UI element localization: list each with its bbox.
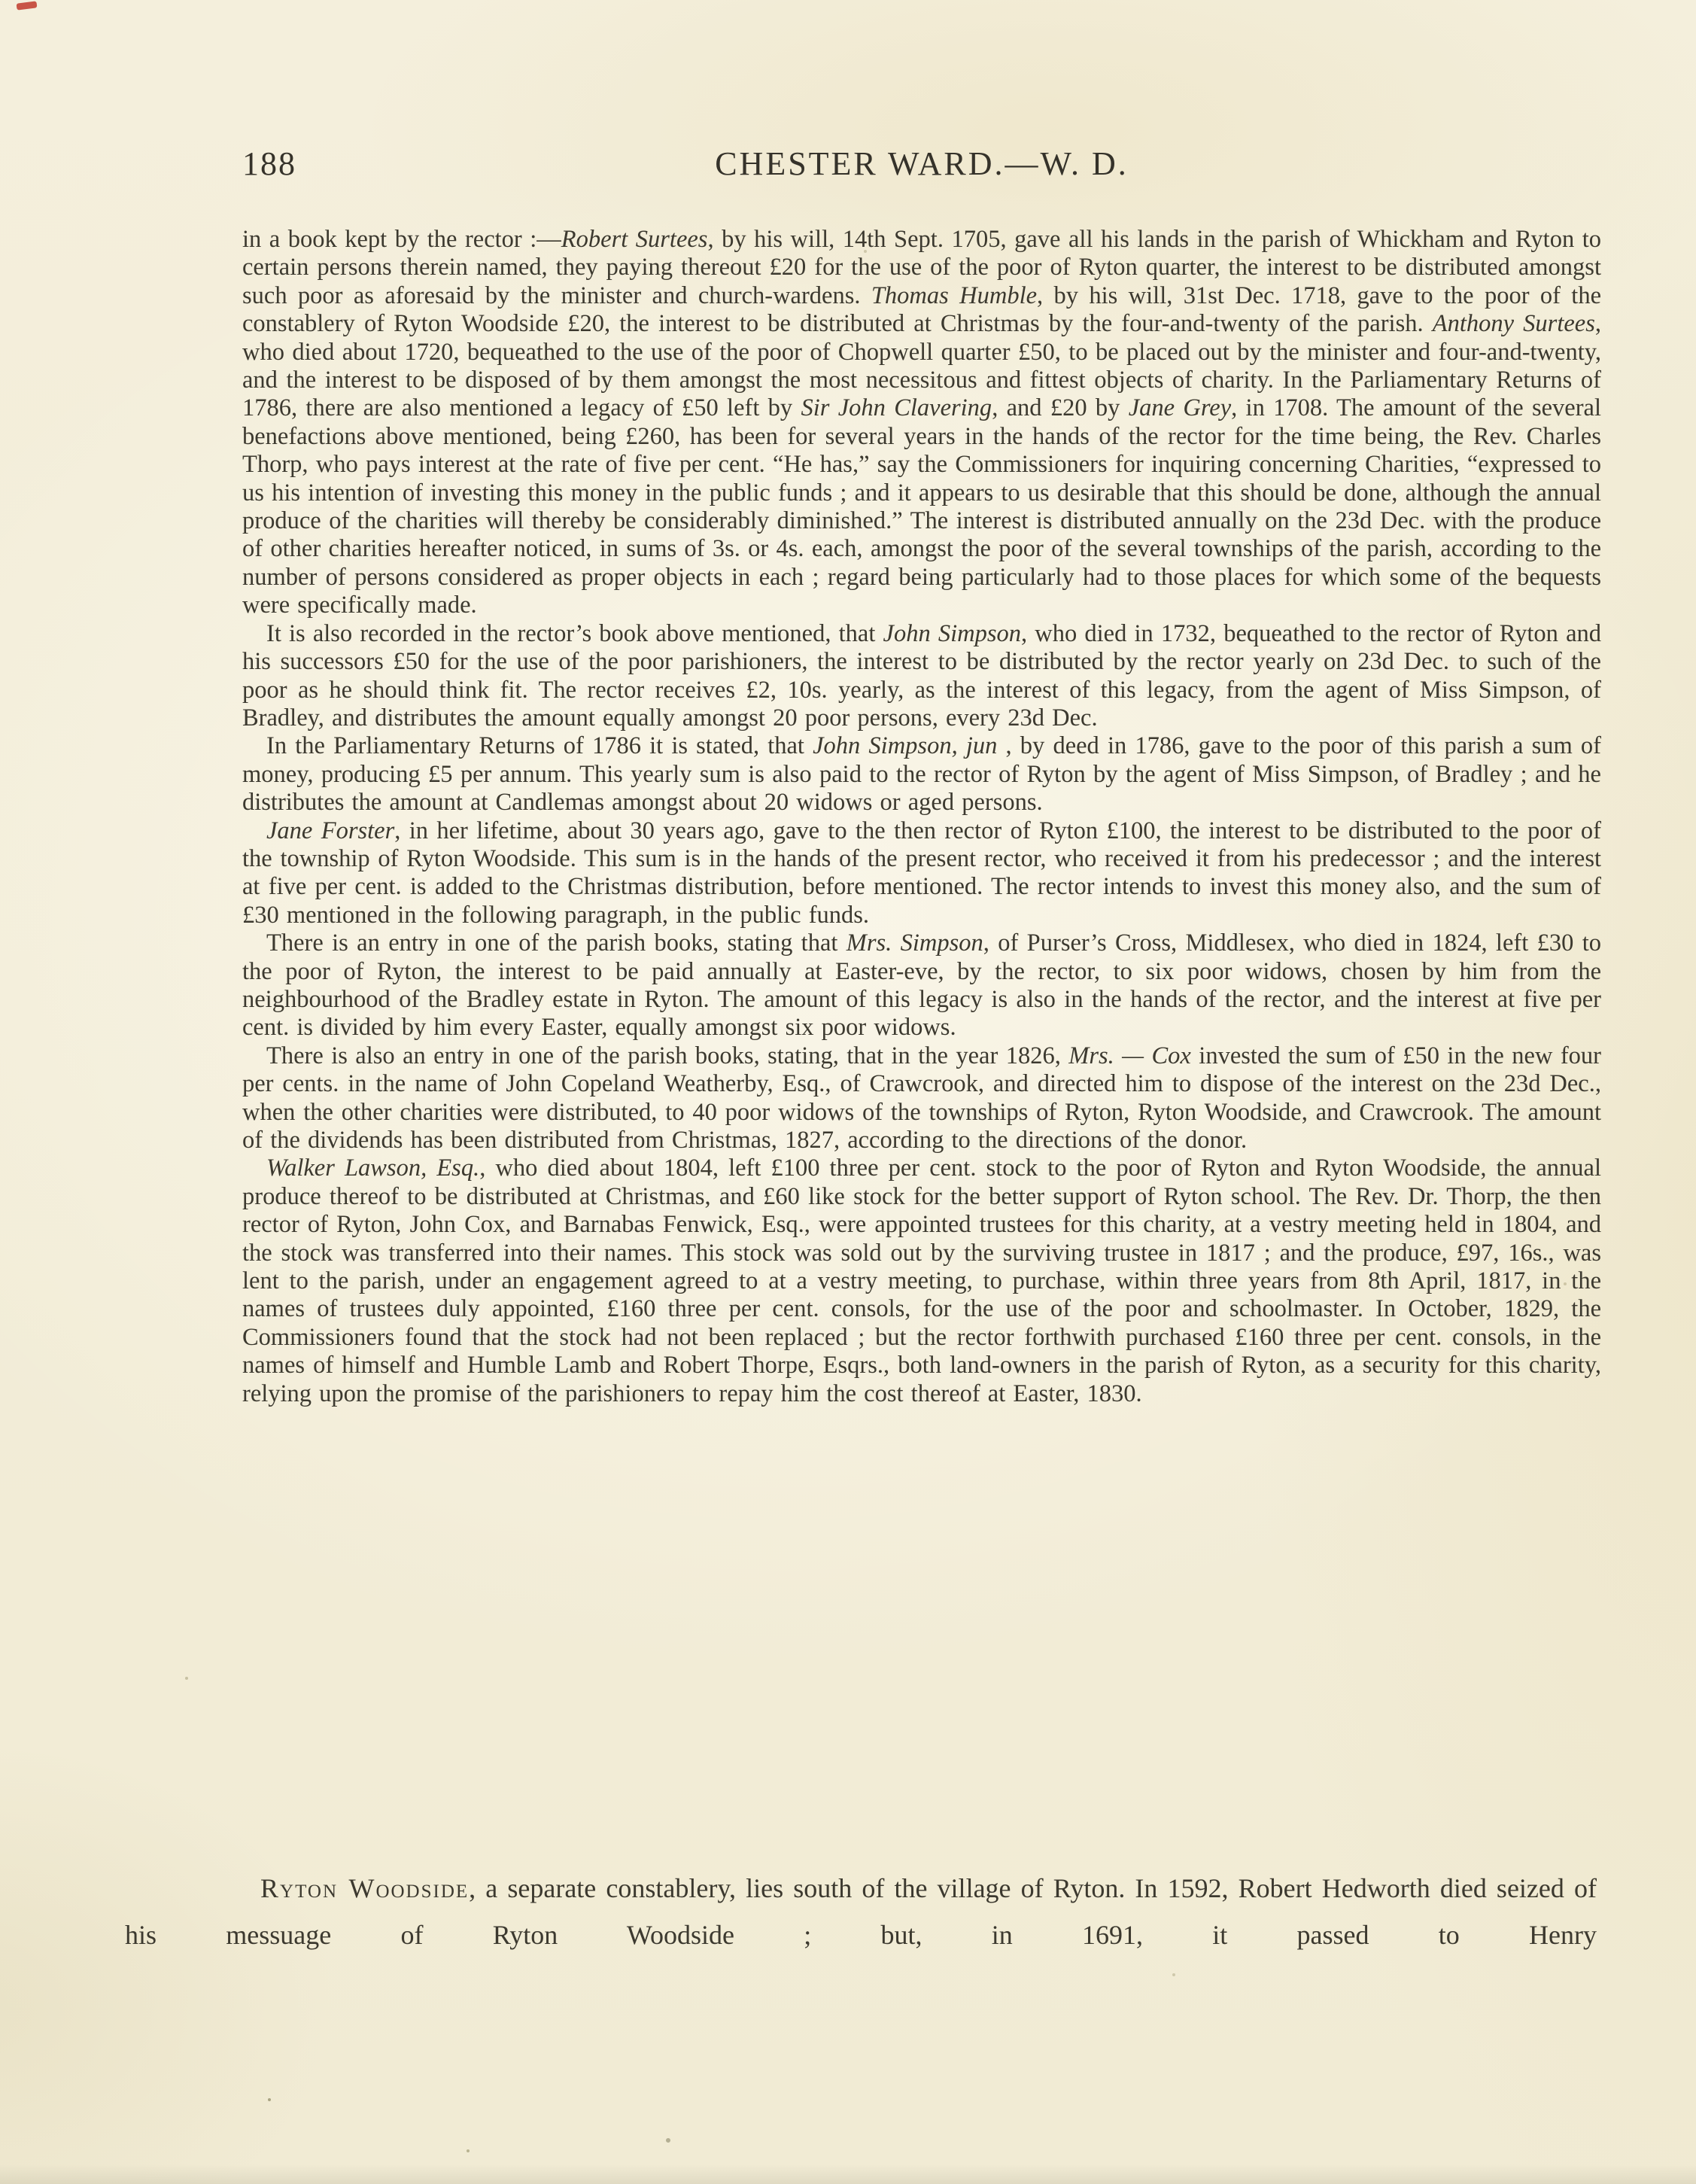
- paragraph-charities-continuation: in a book kept by the rector :—Robert Su…: [242, 226, 1601, 620]
- italic-run: Sir John Clavering: [801, 394, 992, 421]
- paragraph-jane-forster-gift: Jane Forster, in her lifetime, about 30 …: [242, 817, 1601, 930]
- section-paragraph-ryton-woodside-intro: Ryton Woodside, a separate constablery, …: [125, 1865, 1597, 1958]
- paragraph-mrs-cox-investment: There is also an entry in one of the par…: [242, 1042, 1601, 1155]
- book-page: 188 CHESTER WARD.—W. D. in a book kept b…: [0, 0, 1696, 2184]
- italic-run: Anthony Surtees: [1433, 310, 1595, 337]
- text-run: It is also recorded in the rector’s book…: [266, 620, 883, 647]
- italic-run: Jane Forster: [266, 817, 394, 844]
- scan-red-mark-artifact: [17, 1, 38, 10]
- text-run: , in 1708. The amount of the several ben…: [242, 394, 1601, 619]
- body-text: in a book kept by the rector :—Robert Su…: [242, 226, 1601, 1408]
- running-header: CHESTER WARD.—W. D.: [242, 144, 1601, 183]
- italic-run: Robert Surtees: [561, 226, 708, 253]
- text-run: In the Parliamentary Returns of 1786 it …: [266, 732, 813, 759]
- text-run: , who died about 1804, left £100 three p…: [242, 1154, 1601, 1407]
- paragraph-mrs-simpson-legacy: There is an entry in one of the parish b…: [242, 929, 1601, 1042]
- italic-run: Jane Grey: [1129, 394, 1231, 421]
- italic-run: Mrs. Simpson: [846, 929, 983, 957]
- italic-run: Thomas Humble: [871, 282, 1037, 309]
- paper-speck-artifacts: [0, 0, 3, 3]
- text-run: , and £20 by: [992, 394, 1129, 421]
- text-run: in a book kept by the rector :—: [242, 226, 561, 253]
- paragraph-john-simpson-jun-deed: In the Parliamentary Returns of 1786 it …: [242, 732, 1601, 817]
- smallcaps-run: Ryton Woodside: [260, 1873, 469, 1903]
- paragraph-walker-lawson-stock: Walker Lawson, Esq., who died about 1804…: [242, 1154, 1601, 1408]
- paragraph-john-simpson-legacy: It is also recorded in the rector’s book…: [242, 620, 1601, 733]
- text-run: There is an entry in one of the parish b…: [266, 929, 846, 957]
- page-bottom-shade: [0, 2164, 1696, 2184]
- text-run: There is also an entry in one of the par…: [266, 1042, 1068, 1069]
- text-run: , in her lifetime, about 30 years ago, g…: [242, 817, 1601, 929]
- italic-run: Mrs. — Cox: [1068, 1042, 1191, 1069]
- italic-run: John Simpson: [883, 620, 1021, 647]
- italic-run: Walker Lawson, Esq.: [266, 1154, 479, 1182]
- italic-run: John Simpson, jun: [813, 732, 997, 759]
